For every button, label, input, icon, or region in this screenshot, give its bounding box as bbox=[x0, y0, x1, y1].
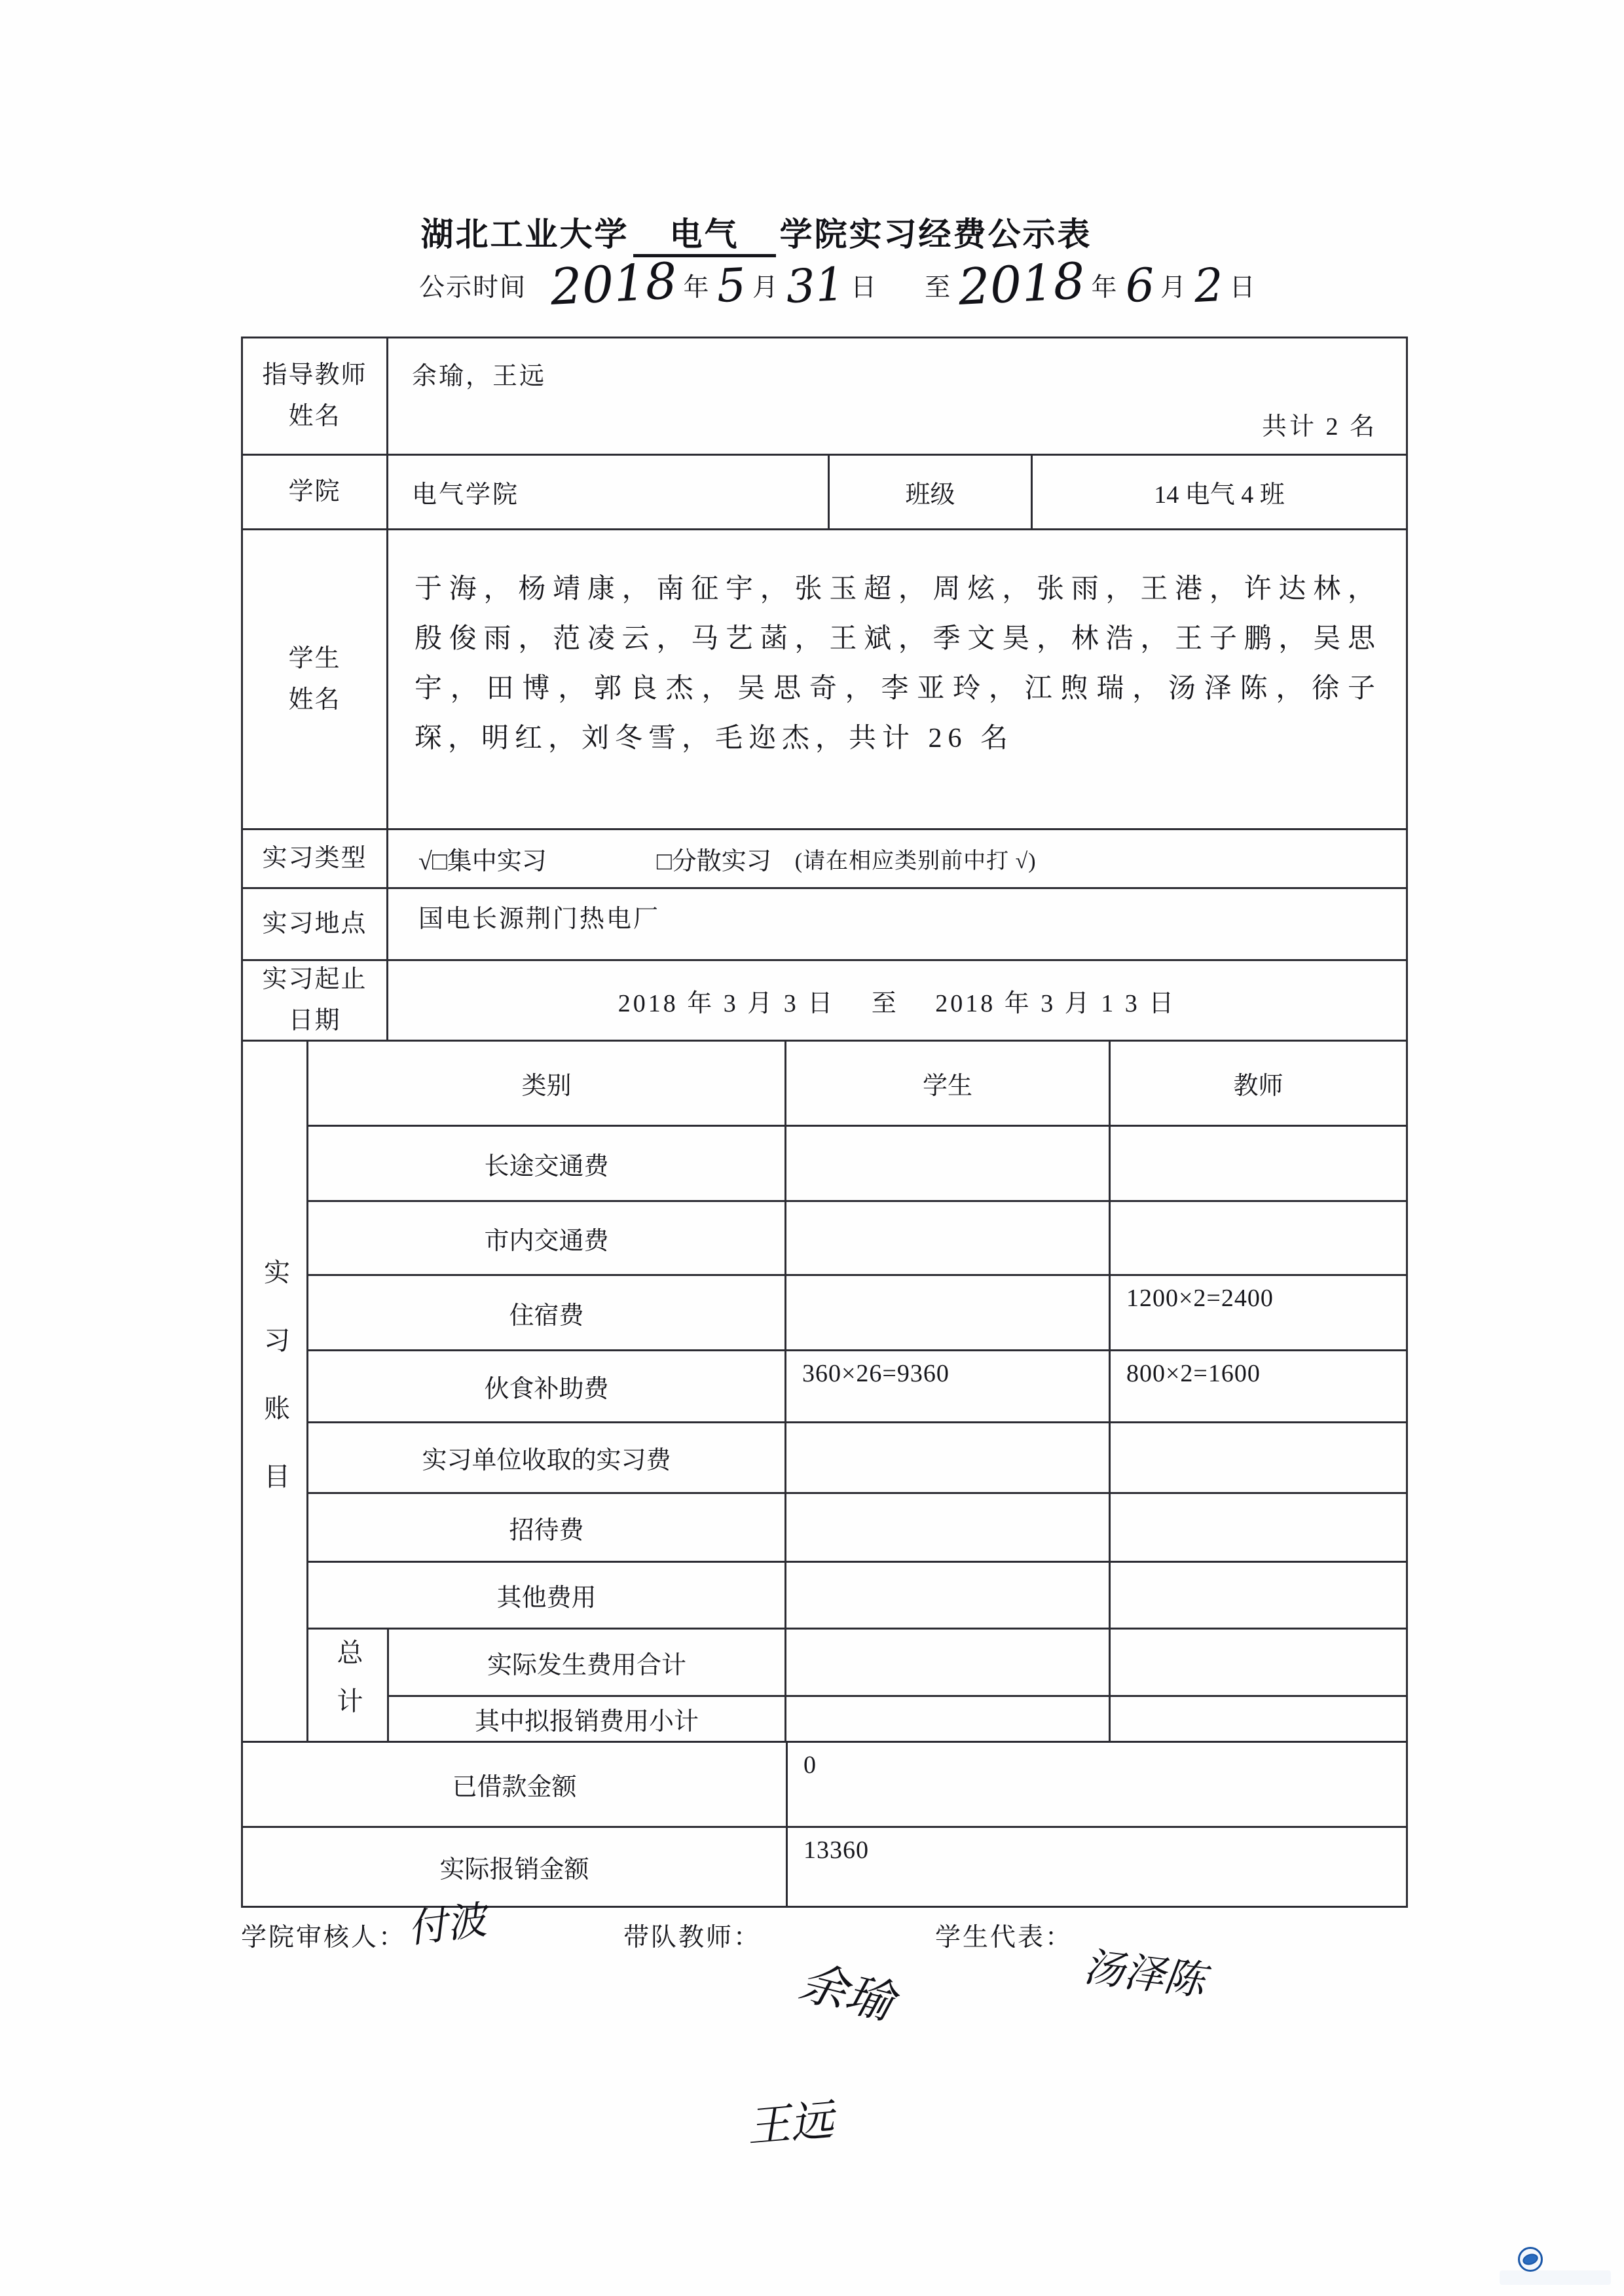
student-value bbox=[786, 1494, 1111, 1561]
student-value bbox=[786, 1563, 1111, 1628]
representative-label: 学生代表： bbox=[935, 1917, 1073, 1954]
leader-label: 带队教师： bbox=[623, 1917, 761, 1954]
internship-type-row: 实习类型 √□集中实习 □分散实习 (请在相应类别前中打 √) bbox=[243, 828, 1406, 887]
college-class-row: 学院 电气学院 班级 14 电气 4 班 bbox=[243, 454, 1406, 528]
handwritten-start-year: 2018 bbox=[544, 280, 684, 287]
day-unit-2: 日 bbox=[1230, 267, 1257, 304]
reimbursed-value: 13360 bbox=[788, 1828, 1406, 1906]
category-label: 市内交通费 bbox=[308, 1202, 786, 1274]
account-row-long-distance: 长途交通费 bbox=[308, 1125, 1406, 1200]
account-row-food-subsidy: 伙食补助费 360×26=9360 800×2=1600 bbox=[308, 1349, 1406, 1421]
students-row: 学生 姓名 于海，杨靖康，南征宇，张玉超，周炫，张雨，王港，许达林，殷俊雨，范凌… bbox=[243, 528, 1406, 828]
publicity-time-line: 公示时间 2018 年 5 月 31 日 至 2018 年 6 月 2 日 bbox=[419, 267, 1257, 339]
account-row-other: 其他费用 bbox=[308, 1561, 1406, 1628]
university-seal-icon bbox=[1518, 2247, 1543, 2272]
teacher-value bbox=[1111, 1423, 1406, 1492]
actual-expense-row: 实际发生费用合计 bbox=[389, 1630, 1406, 1695]
instructor-names: 余瑜，王远 bbox=[412, 355, 546, 392]
handwritten-end-month: 6 bbox=[1118, 284, 1160, 286]
category-label: 招待费 bbox=[308, 1494, 786, 1561]
students-names: 于海，杨靖康，南征宇，张玉超，周炫，张雨，王港，许达林，殷俊雨，范凌云，马艺菡，… bbox=[388, 530, 1406, 763]
internship-type-label: 实习类型 bbox=[243, 830, 388, 887]
category-label: 伙食补助费 bbox=[308, 1351, 786, 1421]
account-row-city-transport: 市内交通费 bbox=[308, 1200, 1406, 1274]
college-label: 学院 bbox=[243, 456, 388, 528]
teacher-value bbox=[1111, 1127, 1406, 1200]
reviewer-label: 学院审核人： bbox=[241, 1917, 406, 1954]
account-header-row: 类别 学生 教师 bbox=[308, 1042, 1406, 1125]
category-label: 住宿费 bbox=[308, 1276, 786, 1349]
type-option-dispersed: □分散实习 bbox=[657, 841, 771, 877]
teacher-value: 1200×2=2400 bbox=[1111, 1276, 1406, 1349]
instructor-row: 指导教师 姓名 余瑜，王远 共计 2 名 bbox=[243, 338, 1406, 454]
students-value-cell: 于海，杨靖康，南征宇，张玉超，周炫，张雨，王港，许达林，殷俊雨，范凌云，马艺菡，… bbox=[388, 530, 1406, 828]
leader-signature-2: 王远 bbox=[744, 2085, 836, 2154]
student-value bbox=[786, 1202, 1111, 1274]
student-value bbox=[786, 1697, 1111, 1741]
reimbursed-amount-row: 实际报销金额 13360 bbox=[243, 1826, 1406, 1906]
student-value bbox=[786, 1127, 1111, 1200]
reviewer-signature: 付波 bbox=[404, 1889, 489, 1954]
teacher-value bbox=[1111, 1202, 1406, 1274]
category-label: 其中拟报销费用小计 bbox=[389, 1697, 786, 1741]
scanned-document-page: 湖北工业大学电气学院实习经费公示表 公示时间 2018 年 5 月 31 日 至… bbox=[0, 0, 1624, 2296]
month-unit-2: 月 bbox=[1160, 267, 1187, 304]
internship-expense-table: 指导教师 姓名 余瑜，王远 共计 2 名 学院 电气学院 班级 14 电气 4 … bbox=[241, 337, 1408, 1908]
account-side-label: 实习账目 bbox=[262, 1252, 288, 1531]
totals-block: 总计 实际发生费用合计 其中拟报销费用小计 bbox=[308, 1628, 1406, 1741]
teacher-value bbox=[1111, 1494, 1406, 1561]
dates-label: 实习起止 日期 bbox=[243, 961, 388, 1040]
teacher-value bbox=[1111, 1697, 1406, 1741]
document-title: 湖北工业大学电气学院实习经费公示表 bbox=[0, 208, 1568, 257]
header-teacher: 教师 bbox=[1111, 1042, 1406, 1125]
title-college-blank: 电气 bbox=[633, 216, 776, 257]
class-label: 班级 bbox=[830, 456, 1033, 528]
handwritten-end-day: 2 bbox=[1188, 284, 1230, 286]
header-category: 类别 bbox=[308, 1042, 786, 1125]
month-unit: 月 bbox=[752, 267, 779, 304]
reimbursed-label: 实际报销金额 bbox=[243, 1828, 788, 1906]
handwritten-start-month: 5 bbox=[710, 284, 752, 286]
representative-signature: 汤泽陈 bbox=[1080, 1934, 1208, 2007]
class-value: 14 电气 4 班 bbox=[1033, 456, 1406, 528]
borrowed-amount-row: 已借款金额 0 bbox=[243, 1741, 1406, 1826]
student-value bbox=[786, 1423, 1111, 1492]
borrowed-value: 0 bbox=[788, 1743, 1406, 1826]
type-note: (请在相应类别前中打 √) bbox=[795, 843, 1037, 875]
totals-label: 总计 bbox=[335, 1635, 361, 1736]
type-option-concentrated: √□集中实习 bbox=[418, 841, 547, 877]
account-row-reception: 招待费 bbox=[308, 1492, 1406, 1561]
location-row: 实习地点 国电长源荆门热电厂 bbox=[243, 887, 1406, 959]
handwritten-end-year: 2018 bbox=[952, 280, 1092, 287]
reimbursable-subtotal-row: 其中拟报销费用小计 bbox=[389, 1695, 1406, 1741]
dates-row: 实习起止 日期 2018 年 3 月 3 日 至 2018 年 3 月 1 3 … bbox=[243, 959, 1406, 1040]
location-value: 国电长源荆门热电厂 bbox=[388, 889, 1406, 959]
header-student: 学生 bbox=[786, 1042, 1111, 1125]
borrowed-label: 已借款金额 bbox=[243, 1743, 788, 1826]
instructor-value-cell: 余瑜，王远 共计 2 名 bbox=[388, 338, 1406, 454]
account-main: 类别 学生 教师 长途交通费 市内交通费 住宿费 120 bbox=[308, 1042, 1406, 1741]
year-unit-2: 年 bbox=[1092, 267, 1118, 304]
faint-watermark bbox=[1500, 2270, 1611, 2285]
totals-rows: 实际发生费用合计 其中拟报销费用小计 bbox=[389, 1630, 1406, 1741]
category-label: 实际发生费用合计 bbox=[389, 1630, 786, 1695]
instructor-total: 共计 2 名 bbox=[1262, 406, 1377, 442]
category-label: 其他费用 bbox=[308, 1563, 786, 1628]
seal-emblem-icon bbox=[1521, 2252, 1540, 2267]
account-section: 实习账目 类别 学生 教师 长途交通费 市内交通费 bbox=[243, 1040, 1406, 1741]
internship-type-cell: √□集中实习 □分散实习 (请在相应类别前中打 √) bbox=[388, 830, 1406, 887]
dates-value: 2018 年 3 月 3 日 至 2018 年 3 月 1 3 日 bbox=[388, 961, 1406, 1040]
account-row-unit-fee: 实习单位收取的实习费 bbox=[308, 1421, 1406, 1492]
teacher-value bbox=[1111, 1563, 1406, 1628]
teacher-value bbox=[1111, 1630, 1406, 1695]
leader-signature-1: 余瑜 bbox=[794, 1944, 902, 2033]
account-row-lodging: 住宿费 1200×2=2400 bbox=[308, 1274, 1406, 1349]
teacher-value: 800×2=1600 bbox=[1111, 1351, 1406, 1421]
year-unit: 年 bbox=[683, 267, 710, 304]
title-suffix: 学院实习经费公示表 bbox=[780, 216, 1092, 253]
category-label: 实习单位收取的实习费 bbox=[308, 1423, 786, 1492]
student-value: 360×26=9360 bbox=[786, 1351, 1111, 1421]
to-label: 至 bbox=[925, 267, 951, 304]
handwritten-start-day: 31 bbox=[780, 283, 851, 287]
students-label: 学生 姓名 bbox=[243, 530, 388, 828]
college-value: 电气学院 bbox=[388, 456, 830, 528]
day-unit: 日 bbox=[851, 267, 877, 304]
publicity-label: 公示时间 bbox=[419, 267, 526, 304]
instructor-label: 指导教师 姓名 bbox=[243, 338, 388, 454]
totals-label-cell: 总计 bbox=[308, 1630, 389, 1741]
student-value bbox=[786, 1276, 1111, 1349]
category-label: 长途交通费 bbox=[308, 1127, 786, 1200]
title-prefix: 湖北工业大学 bbox=[421, 216, 629, 253]
account-side-label-cell: 实习账目 bbox=[243, 1042, 308, 1741]
student-value bbox=[786, 1630, 1111, 1695]
location-label: 实习地点 bbox=[243, 889, 388, 959]
